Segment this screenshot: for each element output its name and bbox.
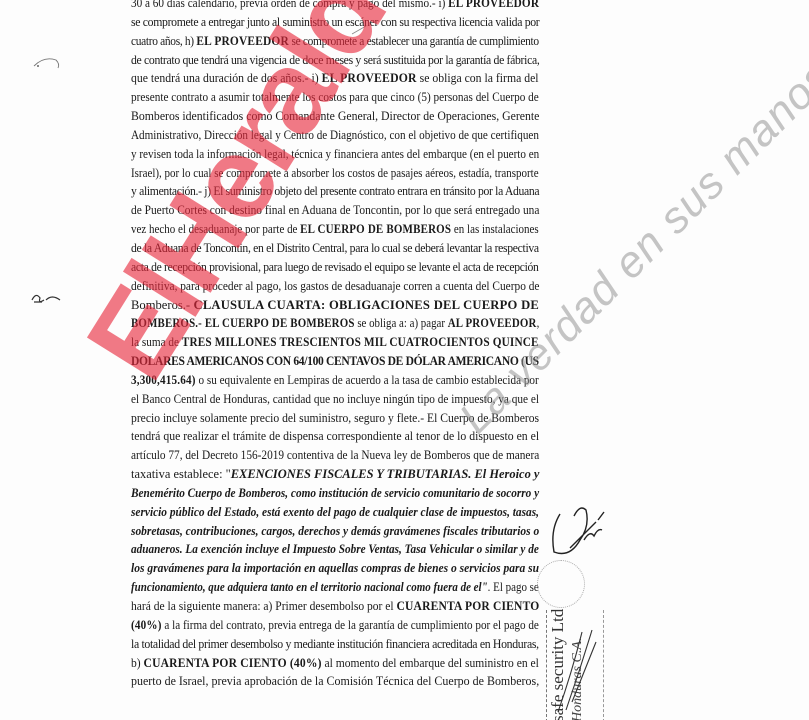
text-segment: Bomberos identificados como Comandante G… — [131, 109, 539, 123]
text-line: DOLARES AMERICANOS CON 64/100 CENTAVOS D… — [131, 352, 505, 371]
text-segment: . El pago se — [488, 580, 539, 594]
text-line: hará de la siguiente manera: a) Primer d… — [131, 597, 505, 616]
text-segment: acta de recepción provisional, para lueg… — [131, 260, 539, 274]
text-line: aduaneros. La exención incluye el Impues… — [131, 540, 495, 559]
signature-icon — [540, 500, 610, 570]
text-line: y alimentación.- j) El suministro objeto… — [131, 182, 509, 201]
text-segment: de Puerto Cortes con destino final en Ad… — [131, 203, 539, 217]
margin-initials-icon — [28, 290, 64, 308]
text-line: Bomberos identificados como Comandante G… — [131, 107, 513, 126]
text-line: definitiva, para proceder al pago, los g… — [131, 277, 499, 296]
contract-text: 30 a 60 días calendario, previa orden de… — [131, 0, 539, 691]
text-line: 3,300,415.64) o su equivalente en Lempir… — [131, 371, 493, 390]
text-segment: funcionamiento, que adquiera tanto en el… — [131, 580, 488, 594]
text-line: precio incluye solamente precio del sumi… — [131, 409, 508, 428]
text-segment: DOLARES AMERICANOS CON 64/100 CENTAVOS D… — [131, 354, 539, 368]
text-segment: TRES MILLONES TRESCIENTOS MIL CUATROCIEN… — [182, 335, 539, 349]
text-segment: definitiva, para proceder al pago, los g… — [131, 279, 539, 293]
text-line: se compromete a entregar junto al sumini… — [131, 13, 512, 32]
text-segment: se compromete a entregar junto al sumini… — [131, 15, 539, 29]
text-segment: precio incluye solamente precio del sumi… — [131, 411, 539, 425]
text-segment: Administrativo, Dirección legal y Centro… — [131, 128, 539, 142]
text-segment: EL PROVEEDOR — [448, 0, 539, 10]
text-line: 30 a 60 días calendario, previa orden de… — [131, 0, 494, 13]
text-segment: el Banco Central de Honduras, cantidad q… — [131, 392, 539, 406]
text-segment: servicio público del Estado, está exento… — [131, 505, 539, 519]
text-segment: CUARENTA POR CIENTO — [396, 599, 539, 613]
text-segment: Bomberos.- — [131, 298, 194, 312]
text-segment: o su equivalente en Lempiras de acuerdo … — [196, 373, 539, 387]
seal-stamp — [537, 560, 585, 608]
text-line: de contrato que tendrá una vigencia de d… — [131, 51, 511, 70]
text-segment: 3,300,415.64) — [131, 373, 196, 387]
text-segment: la totalidad del primer desembolso y med… — [131, 637, 539, 651]
text-segment: AL PROVEEDOR — [448, 316, 537, 330]
text-segment: se obliga con la firma del — [417, 71, 539, 85]
text-segment: cuatro años, h) — [131, 34, 196, 48]
text-segment: EL PROVEEDOR — [196, 34, 289, 48]
text-segment: hará de la siguiente manera: a) Primer d… — [131, 599, 396, 613]
pen-tick-icon — [350, 22, 370, 36]
text-segment: EL CUERPO DE BOMBEROS — [300, 222, 451, 236]
text-segment: los gravámenes para la importación en aq… — [131, 561, 539, 575]
text-segment: en las instalaciones — [451, 222, 539, 236]
text-line: artículo 77, del Decreto 156-2019 conten… — [131, 446, 498, 465]
text-segment: puerto de Israel, previa aprobación de l… — [131, 674, 539, 688]
text-line: cuatro años, h) EL PROVEEDOR se comprome… — [131, 32, 501, 51]
text-segment: tendrá que realizar el trámite de dispen… — [131, 429, 539, 443]
text-segment: taxativa establece: " — [131, 467, 231, 481]
text-segment: artículo 77, del Decreto 156-2019 conten… — [131, 448, 539, 462]
text-line: que tendrá una duración de dos años.- i)… — [131, 69, 511, 88]
text-line: sobretasas, contribuciones, cargos, dere… — [131, 522, 502, 541]
text-segment: la suma de — [131, 335, 182, 349]
text-segment: b) — [131, 656, 144, 670]
text-line: la totalidad del primer desembolso y med… — [131, 635, 513, 654]
text-segment: y revisen toda la información legal, téc… — [131, 147, 539, 161]
text-line: tendrá que realizar el trámite de dispen… — [131, 427, 512, 446]
text-line: taxativa establece: "EXENCIONES FISCALES… — [131, 465, 534, 484]
text-segment: de contrato que tendrá una vigencia de d… — [131, 53, 539, 67]
text-line: Benemérito Cuerpo de Bomberos, como inst… — [131, 484, 496, 503]
text-segment: vez hecho el desaduanaje por parte de — [131, 222, 300, 236]
text-segment: sobretasas, contribuciones, cargos, dere… — [131, 524, 539, 538]
text-line: funcionamiento, que adquiera tanto en el… — [131, 578, 486, 597]
text-line: los gravámenes para la importación en aq… — [131, 559, 504, 578]
document-page: 30 a 60 días calendario, previa orden de… — [0, 0, 809, 720]
margin-mark-icon — [30, 54, 66, 76]
text-line: el Banco Central de Honduras, cantidad q… — [131, 390, 497, 409]
text-line: de Puerto Cortes con destino final en Ad… — [131, 201, 500, 220]
text-line: vez hecho el desaduanaje por parte de EL… — [131, 220, 487, 239]
text-line: Israel), por lo cual se compromete a abs… — [131, 164, 487, 183]
text-segment: EL PROVEEDOR — [322, 71, 417, 85]
text-line: y revisen toda la información legal, téc… — [131, 145, 491, 164]
text-segment: aduaneros. La exención incluye el Impues… — [131, 542, 539, 556]
text-segment: a la firma del contrato, previa entrega … — [162, 618, 539, 632]
text-segment: CUARENTA POR CIENTO (40%) — [144, 656, 322, 670]
stamp-signature-icon — [552, 612, 602, 720]
text-segment: de la Aduana de Toncontin, en el Distrit… — [131, 241, 539, 255]
text-line: puerto de Israel, previa aprobación de l… — [131, 672, 519, 691]
text-segment: Israel), por lo cual se compromete a abs… — [131, 166, 539, 180]
text-segment: Benemérito Cuerpo de Bomberos, como inst… — [131, 486, 539, 500]
text-segment: EXENCIONES FISCALES Y TRIBUTARIAS. El He… — [231, 467, 540, 481]
text-segment: y alimentación.- j) El suministro objeto… — [131, 184, 539, 198]
text-segment: que tendrá una duración de dos años.- i) — [131, 71, 322, 85]
text-segment: , — [537, 316, 540, 330]
text-segment: (40%) — [131, 618, 162, 632]
text-line: la suma de TRES MILLONES TRESCIENTOS MIL… — [131, 333, 494, 352]
text-segment: se compromete a establecer una garantía … — [289, 34, 539, 48]
text-line: acta de recepción provisional, para lueg… — [131, 258, 509, 277]
text-line: presente contrato a asumir totalmente lo… — [131, 88, 495, 107]
text-segment: 30 a 60 días calendario, previa orden de… — [131, 0, 448, 10]
text-line: de la Aduana de Toncontin, en el Distrit… — [131, 239, 510, 258]
text-segment: se obliga a: a) pagar — [355, 316, 448, 330]
text-segment: BOMBEROS.- EL CUERPO DE BOMBEROS — [131, 316, 355, 330]
text-segment: al momento del embarque del suministro e… — [322, 656, 539, 670]
text-line: Administrativo, Dirección legal y Centro… — [131, 126, 492, 145]
text-line: servicio público del Estado, está exento… — [131, 503, 499, 522]
text-segment: CLAUSULA CUARTA: OBLIGACIONES DEL CUERPO… — [194, 298, 539, 312]
text-line: (40%) a la firma del contrato, previa en… — [131, 616, 492, 635]
text-line: Bomberos.- CLAUSULA CUARTA: OBLIGACIONES… — [131, 296, 539, 315]
text-line: BOMBEROS.- EL CUERPO DE BOMBEROS se obli… — [131, 314, 484, 333]
text-segment: presente contrato a asumir totalmente lo… — [131, 90, 539, 104]
text-line: b) CUARENTA POR CIENTO (40%) al momento … — [131, 654, 506, 673]
